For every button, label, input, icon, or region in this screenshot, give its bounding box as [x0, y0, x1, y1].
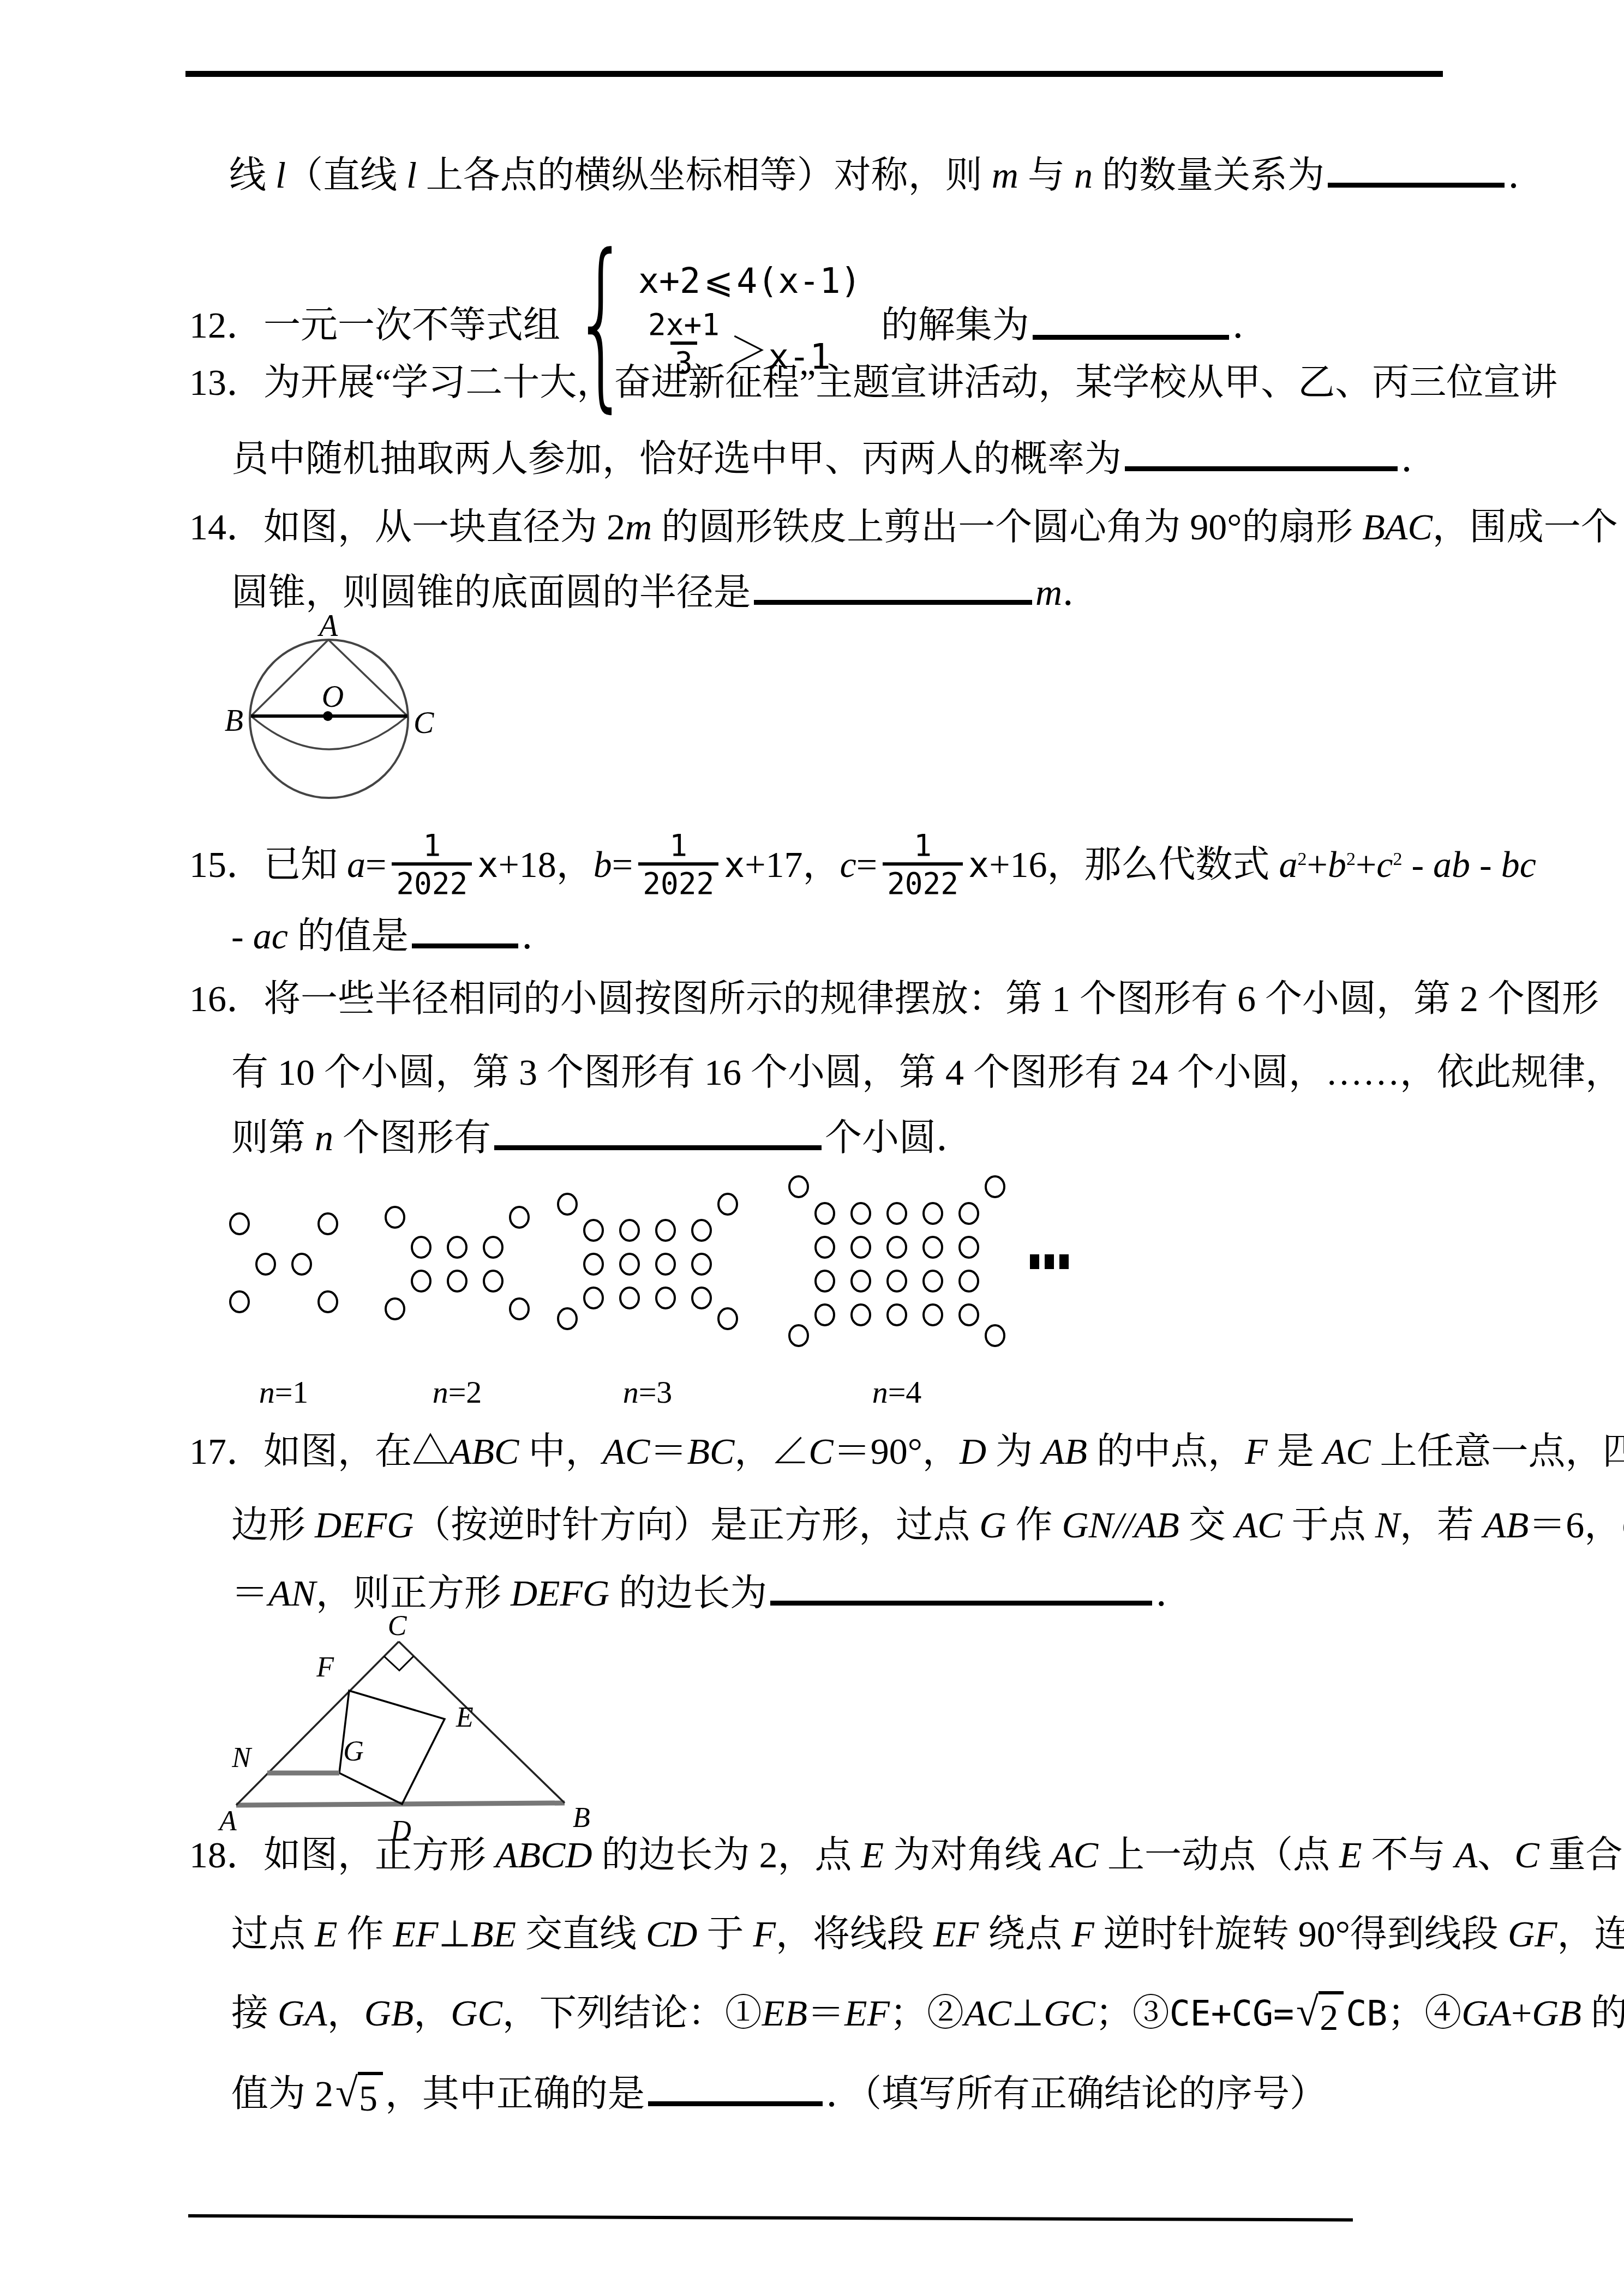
- text-run: m: [625, 506, 652, 548]
- text-run: a: [347, 844, 365, 885]
- fraction-numerator: 2x+1: [644, 309, 724, 341]
- question-18-line-3: 接 GA，GB，GC，下列结论：①EB＝EF；②AC⊥GC；③CE+CG=√2C…: [231, 1985, 1624, 2041]
- text-run: +18，: [498, 844, 593, 885]
- text-run: CE+CG=: [1170, 1993, 1294, 2034]
- text-run: m: [1035, 572, 1062, 613]
- text-run: ＝: [650, 1431, 687, 1472]
- text-run: 与: [1018, 154, 1074, 196]
- text-run: bc: [1501, 844, 1536, 885]
- pattern-circle: [960, 1237, 978, 1258]
- footer-rule: [188, 2214, 1353, 2221]
- label-G: G: [343, 1736, 364, 1767]
- text-run: 2: [1298, 849, 1307, 869]
- text-run: 值为 2: [231, 2073, 333, 2114]
- text-run: +17，: [745, 844, 840, 885]
- pattern-label: n=1: [259, 1374, 309, 1410]
- text-run: +: [1356, 844, 1376, 885]
- label-C: C: [414, 706, 434, 740]
- text-run: ，将线段: [776, 1913, 933, 1955]
- pattern-circle: [584, 1254, 603, 1275]
- pattern-circle: [620, 1254, 639, 1275]
- text-run: AC: [964, 1992, 1011, 2034]
- label-A: A: [317, 609, 338, 643]
- figure-q17-triangle: A B C D E F G N: [213, 1606, 606, 1846]
- question-13-line-2: 员中随机抽取两人参加，恰好选中甲、丙两人的概率为．: [231, 431, 1438, 486]
- text-run: ，若: [1400, 1504, 1483, 1546]
- answer-blank: [770, 1569, 1152, 1606]
- figure-q14-circle: A B C O: [207, 605, 447, 808]
- text-run: 则第: [231, 1117, 315, 1158]
- pattern-circle: [924, 1203, 942, 1224]
- fraction: 12022: [392, 830, 472, 900]
- text-run: 、: [1477, 1834, 1514, 1876]
- text-run: 接: [231, 1992, 278, 2034]
- pattern-circle: [852, 1271, 870, 1291]
- pattern-circle: [986, 1325, 1004, 1346]
- text-run: ．: [1062, 572, 1099, 613]
- question-15-line-1: 15．已知 a=12022x+18，b=12022x+17，c=12022x+1…: [189, 833, 1536, 904]
- fraction: 12022: [638, 830, 718, 900]
- text-run: GB: [364, 1992, 414, 2034]
- text-run: 员中随机抽取两人参加，恰好选中甲、丙两人的概率为: [231, 438, 1122, 479]
- text-run: ，∠: [734, 1431, 808, 1472]
- text-run: x: [477, 845, 498, 885]
- pattern-circle: [888, 1203, 906, 1224]
- text-run: D: [960, 1431, 986, 1472]
- pattern-circle: [319, 1291, 337, 1312]
- text-run: E: [315, 1913, 338, 1955]
- text-run: 重合），: [1539, 1834, 1624, 1876]
- pattern-circle: [558, 1308, 577, 1329]
- text-run: 的值是: [288, 915, 409, 957]
- text-run: （按逆时针方向）是正方形，过点: [414, 1504, 979, 1546]
- text-run: AC: [1323, 1431, 1371, 1472]
- text-run: GA: [278, 1992, 327, 2034]
- period: ．: [1232, 296, 1269, 348]
- text-run: 个小圆．: [825, 1117, 973, 1158]
- pattern-circle: [718, 1194, 737, 1215]
- text-run: GN//AB: [1062, 1504, 1179, 1546]
- text-run: ac: [253, 915, 288, 957]
- leq-sign: ⩽: [704, 261, 733, 302]
- text-run: E: [861, 1834, 884, 1876]
- text-run: 绕点: [979, 1913, 1071, 1955]
- text-run: 不与: [1362, 1834, 1455, 1876]
- text-run: ，: [414, 1992, 451, 2034]
- text-run: m: [992, 154, 1018, 196]
- text-run: 的边长为: [609, 1572, 767, 1614]
- text-run: ．: [1508, 154, 1545, 196]
- text-run: F: [1245, 1431, 1268, 1472]
- text-run: ，围成一个: [1433, 506, 1618, 548]
- text-run: C: [1514, 1834, 1539, 1876]
- text-run: ．: [522, 915, 559, 957]
- text-run: ABCD: [495, 1834, 592, 1876]
- pattern-circle: [960, 1203, 978, 1224]
- pattern-circle: [510, 1299, 529, 1319]
- pattern-circle: [412, 1237, 430, 1258]
- text-run: n: [1074, 154, 1093, 196]
- text-run: ABC: [449, 1431, 519, 1472]
- pattern-circle: [656, 1288, 675, 1308]
- pattern-circle: [620, 1288, 639, 1308]
- pattern-circle: [692, 1254, 711, 1275]
- text-run: ，连: [1557, 1913, 1624, 1955]
- pattern-circle: [584, 1288, 603, 1308]
- text-run: ，: [327, 1992, 364, 2034]
- pattern-circle: [386, 1299, 404, 1319]
- text-run: A: [1455, 1834, 1478, 1876]
- text-run: 的边长为 2，点: [592, 1834, 861, 1876]
- text-run: 线: [229, 154, 275, 196]
- text-run: ．（填写所有正确结论的序号）: [826, 2073, 1327, 2114]
- sqrt-radical: √5: [335, 2072, 383, 2121]
- text-run: AC: [602, 1431, 650, 1472]
- text-run: ⊥: [1011, 1992, 1044, 2035]
- text-run: x: [968, 845, 989, 885]
- text-run: 上一动点（点: [1098, 1834, 1339, 1876]
- fraction: 12022: [883, 830, 963, 900]
- text-run: AC: [1051, 1834, 1098, 1876]
- text-run: 个图形有: [333, 1117, 491, 1158]
- pattern-circle: [888, 1237, 906, 1258]
- inequality-1: x+2 ⩽ 4(x-1): [638, 261, 861, 302]
- text-run: +: [1307, 844, 1328, 885]
- text-run: 15．已知: [189, 844, 347, 885]
- answer-blank: [1033, 304, 1229, 340]
- text-run: x: [724, 845, 745, 885]
- answer-blank: [494, 1114, 822, 1150]
- pattern-circle: [448, 1237, 466, 1258]
- question-18-line-1: 18．如图，正方形 ABCD 的边长为 2，点 E 为对角线 AC 上一动点（点…: [189, 1827, 1624, 1883]
- text-run: ，下列结论：①: [502, 1992, 762, 2034]
- text-run: BE: [471, 1913, 516, 1955]
- right-angle-mark: [384, 1656, 414, 1670]
- text-run: EF: [933, 1913, 979, 1955]
- text-run: c: [840, 844, 856, 885]
- pattern-circle: [386, 1207, 404, 1228]
- pattern-circle: [852, 1237, 870, 1258]
- pattern-circle: [924, 1237, 942, 1258]
- pattern-circle: [484, 1237, 502, 1258]
- text-run: ．: [1155, 1572, 1192, 1614]
- text-run: +: [1511, 1992, 1532, 2034]
- text-run: GC: [451, 1992, 502, 2034]
- text-run: 边形: [231, 1504, 315, 1546]
- text-run: C: [808, 1431, 833, 1472]
- text-run: CD: [646, 1913, 697, 1955]
- pattern-circle: [924, 1271, 942, 1291]
- label-C: C: [388, 1610, 408, 1642]
- pattern-label: n=4: [872, 1374, 922, 1410]
- question-14-line-1: 14．如图，从一块直径为 2m 的圆形铁皮上剪出一个圆心角为 90°的扇形 BA…: [189, 499, 1618, 555]
- answer-blank: [1125, 435, 1398, 471]
- question-13-line-1: 13．为开展“学习二十大，奋进新征程”主题宣讲活动，某学校从甲、乙、丙三位宣讲: [189, 354, 1557, 410]
- pattern-circle: [852, 1305, 870, 1325]
- exam-document-page: 线 l（直线 l 上各点的横纵坐标相等）对称，则 m 与 n 的数量关系为． 1…: [0, 0, 1624, 2296]
- text-run: F: [1071, 1913, 1094, 1955]
- text-run: +16，那么代数式: [989, 844, 1279, 885]
- text-run: =: [365, 844, 386, 885]
- text-run: ．: [1401, 438, 1438, 479]
- text-run: 交: [1179, 1504, 1235, 1546]
- text-run: AB: [1042, 1431, 1087, 1472]
- text-run: ；④: [1387, 1992, 1461, 2034]
- text-run: =: [856, 844, 877, 885]
- text-run: 为: [986, 1431, 1042, 1472]
- text-run: ；②: [890, 1992, 964, 2034]
- text-run: 上各点的横纵坐标相等）对称，则: [417, 154, 992, 196]
- text-run: 18．如图，正方形: [189, 1834, 495, 1876]
- label-E: E: [456, 1702, 474, 1733]
- question-11-continuation-line: 线 l（直线 l 上各点的横纵坐标相等）对称，则 m 与 n 的数量关系为．: [229, 147, 1545, 203]
- pattern-circle: [816, 1271, 834, 1291]
- pattern-circle: [656, 1254, 675, 1275]
- text-run: -: [1402, 844, 1433, 885]
- text-run: b: [1328, 844, 1346, 885]
- text-run: l: [406, 154, 417, 196]
- text-run: 为对角线: [884, 1834, 1051, 1876]
- text-run: b: [594, 844, 612, 885]
- pattern-circle: [256, 1254, 275, 1275]
- text-run: 的圆形铁皮上剪出一个圆心角为 90°的扇形: [652, 506, 1362, 548]
- text-run: DEFG: [315, 1504, 414, 1546]
- text-run: BC: [687, 1431, 734, 1472]
- text-run: 有 10 个小圆，第 3 个图形有 16 个小圆，第 4 个图形有 24 个小圆…: [231, 1051, 1622, 1093]
- label-N: N: [231, 1742, 253, 1774]
- text-run: 作: [338, 1913, 393, 1955]
- question-12-text: 12．一元一次不等式组: [189, 296, 560, 348]
- text-run: 是: [1268, 1431, 1323, 1472]
- text-run: 的中点，: [1087, 1431, 1245, 1472]
- answer-blank: [754, 568, 1032, 605]
- text-run: n: [315, 1117, 333, 1158]
- pattern-circle: [584, 1220, 603, 1241]
- ellipsis-dot: [1059, 1254, 1069, 1269]
- pattern-circle: [789, 1325, 808, 1346]
- pattern-circle: [484, 1271, 502, 1291]
- pattern-circle: [230, 1291, 249, 1312]
- text-run: G: [979, 1504, 1006, 1546]
- answer-blank: [648, 2070, 823, 2106]
- text-run: l: [275, 154, 286, 196]
- text-run: 逆时针旋转 90°得到线段: [1094, 1913, 1508, 1955]
- text-run: 交直线: [516, 1913, 646, 1955]
- question-16-line-3: 则第 n 个图形有个小圆．: [231, 1110, 973, 1165]
- text-run: EF: [393, 1913, 439, 1955]
- pattern-circle: [448, 1271, 466, 1291]
- sqrt-radical: √2: [1296, 1991, 1344, 2040]
- question-15-line-2: - ac 的值是．: [231, 908, 559, 964]
- text-run: （直线: [286, 154, 406, 196]
- text-run: 的最小: [1581, 1992, 1624, 2034]
- text-run: =: [612, 844, 633, 885]
- answer-blank: [1328, 151, 1505, 188]
- text-run: GF: [1508, 1913, 1557, 1955]
- pattern-label: n=2: [433, 1374, 482, 1410]
- text-run: 16．将一些半径相同的小圆按图所示的规律摆放：第 1 个图形有 6 个小圆，第 …: [189, 978, 1599, 1019]
- pattern-circle: [960, 1271, 978, 1291]
- question-16-line-1: 16．将一些半径相同的小圆按图所示的规律摆放：第 1 个图形有 6 个小圆，第 …: [189, 971, 1599, 1026]
- pattern-circle: [986, 1176, 1004, 1197]
- text-run: AC: [1235, 1504, 1283, 1546]
- text-run: ⊥: [439, 1913, 471, 1956]
- pattern-label: n=3: [623, 1374, 673, 1410]
- pattern-circle: [292, 1254, 311, 1275]
- pattern-circle: [692, 1220, 711, 1241]
- text-run: E: [1339, 1834, 1362, 1876]
- text-run: EB: [762, 1992, 807, 2034]
- text-run: 13．为开展“学习二十大，奋进新征程”主题宣讲活动，某学校从甲、乙、丙三位宣讲: [189, 362, 1557, 403]
- text-run: F: [753, 1913, 776, 1955]
- folded-arc-BC: [251, 716, 408, 749]
- header-rule: [185, 71, 1443, 77]
- figure-q16-circle-pattern: n=1n=2n=3n=4: [202, 1167, 1162, 1418]
- text-run: c: [1376, 844, 1393, 885]
- text-run: ，其中正确的是: [385, 2073, 645, 2114]
- text-run: N: [1375, 1504, 1400, 1546]
- text-run: -: [231, 915, 253, 957]
- inequality-1-rhs: 4(x-1): [736, 261, 861, 301]
- question-16-line-2: 有 10 个小圆，第 3 个图形有 16 个小圆，第 4 个图形有 24 个小圆…: [231, 1044, 1622, 1100]
- pattern-circle: [319, 1213, 337, 1234]
- question-17-line-1: 17．如图，在△ABC 中，AC＝BC，∠C＝90°，D 为 AB 的中点，F …: [189, 1423, 1624, 1479]
- text-run: -: [1470, 844, 1501, 885]
- pattern-circle: [888, 1271, 906, 1291]
- text-run: GB: [1532, 1992, 1581, 2034]
- pattern-circle: [620, 1220, 639, 1241]
- pattern-circle: [412, 1271, 430, 1291]
- side-CB: [399, 1642, 565, 1803]
- label-O: O: [322, 680, 344, 714]
- text-run: 2: [1393, 849, 1402, 869]
- label-B: B: [225, 704, 243, 738]
- question-12-text-after: 的解集为: [881, 296, 1029, 348]
- text-run: 作: [1006, 1504, 1062, 1546]
- pattern-circle: [924, 1305, 942, 1325]
- text-run: ab: [1433, 844, 1470, 885]
- text-run: GC: [1044, 1992, 1095, 2034]
- label-F: F: [316, 1652, 334, 1683]
- inequality-1-lhs: x+2: [638, 261, 700, 301]
- text-run: 于: [697, 1913, 753, 1955]
- text-run: 14．如图，从一块直径为 2: [189, 506, 625, 548]
- pattern-circle: [230, 1213, 249, 1234]
- text-run: EF: [844, 1992, 890, 2034]
- pattern-circle: [510, 1207, 529, 1228]
- pattern-circle: [718, 1308, 737, 1329]
- text-run: 过点: [231, 1913, 315, 1955]
- text-run: AB: [1483, 1504, 1529, 1546]
- text-run: ；③: [1095, 1992, 1170, 2034]
- pattern-circle: [816, 1237, 834, 1258]
- pattern-circle: [789, 1176, 808, 1197]
- text-run: a: [1279, 844, 1298, 885]
- text-run: 于点: [1283, 1504, 1375, 1546]
- pattern-circle: [558, 1194, 577, 1215]
- text-run: 17．如图，在△: [189, 1431, 449, 1472]
- text-run: CF: [1621, 1504, 1624, 1546]
- text-run: ＝: [807, 1992, 844, 2034]
- text-run: CB: [1346, 1993, 1387, 2034]
- answer-blank: [412, 912, 518, 948]
- text-run: BAC: [1362, 506, 1432, 548]
- text-run: 的数量关系为: [1093, 154, 1325, 196]
- text-run: GA: [1461, 1992, 1511, 2034]
- text-run: ＝6，: [1529, 1504, 1621, 1546]
- pattern-circle: [960, 1305, 978, 1325]
- question-18-line-2: 过点 E 作 EF⊥BE 交直线 CD 于 F，将线段 EF 绕点 F 逆时针旋…: [231, 1906, 1624, 1962]
- text-run: 上任意一点，四: [1371, 1431, 1624, 1472]
- ellipsis-dot: [1045, 1254, 1054, 1269]
- pattern-circle: [852, 1203, 870, 1224]
- pattern-circle: [692, 1288, 711, 1308]
- question-17-line-2: 边形 DEFG（按逆时针方向）是正方形，过点 G 作 GN//AB 交 AC 于…: [231, 1497, 1624, 1553]
- question-18-line-4: 值为 2√5，其中正确的是．（填写所有正确结论的序号）: [231, 2066, 1327, 2121]
- pattern-circle: [888, 1305, 906, 1325]
- text-run: ＝90°，: [834, 1431, 960, 1472]
- ellipsis-dot: [1030, 1254, 1039, 1269]
- pattern-circle: [816, 1203, 834, 1224]
- pattern-circle: [656, 1220, 675, 1241]
- pattern-circle: [816, 1305, 834, 1325]
- text-run: 2: [1346, 849, 1356, 869]
- text-run: 中，: [519, 1431, 602, 1472]
